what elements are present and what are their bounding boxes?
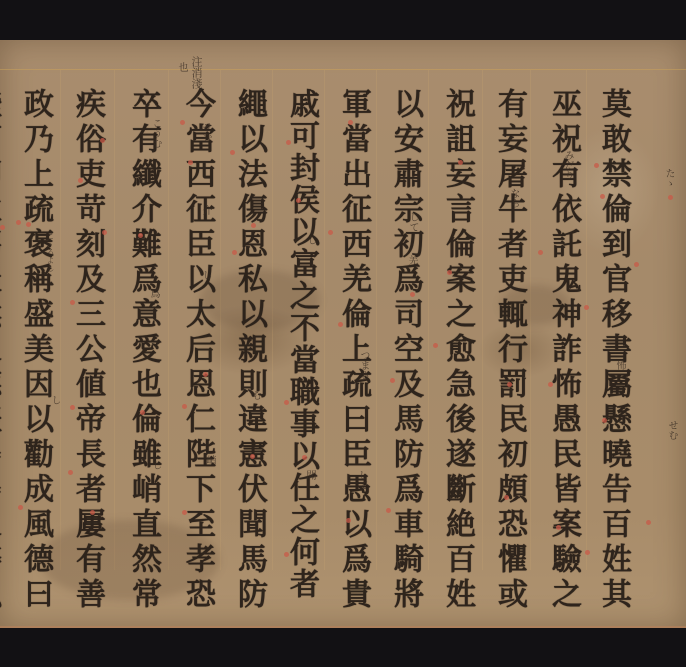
red-punctuation-dot	[594, 163, 599, 168]
gloss: 峭	[204, 455, 214, 465]
red-punctuation-dot	[18, 505, 23, 510]
gloss: し	[49, 395, 59, 405]
red-punctuation-dot	[338, 322, 343, 327]
red-punctuation-dot	[16, 220, 21, 225]
red-punctuation-dot	[102, 230, 107, 235]
red-punctuation-dot	[390, 378, 395, 383]
column-rule	[428, 70, 429, 570]
column-rule	[586, 70, 587, 570]
gloss: せむ	[200, 122, 210, 142]
red-punctuation-dot	[634, 262, 639, 267]
text-column-1: 莫敢禁倫到官移書屬懸曉告百姓其	[598, 88, 628, 613]
top-note-mark: 也	[176, 62, 186, 72]
scan-frame: 注消淺 也 莫敢禁倫到官移書屬懸曉告百姓其 巫祝有依託鬼神詐怖愚民皆案驗之 有妄…	[0, 0, 686, 667]
top-note: 注消淺	[191, 56, 202, 89]
gloss: む	[250, 390, 260, 400]
column-rule	[482, 70, 483, 570]
red-punctuation-dot	[138, 233, 143, 238]
red-punctuation-dot	[188, 160, 193, 165]
text-column-12: 政乃上疏褒稱盛美因以勸成風德曰	[20, 88, 50, 613]
gloss: たゝ	[663, 168, 673, 188]
red-punctuation-dot	[302, 455, 307, 460]
red-punctuation-dot	[584, 305, 589, 310]
red-punctuation-dot	[447, 270, 452, 275]
red-punctuation-dot	[286, 140, 291, 145]
column-rule	[168, 70, 169, 570]
red-punctuation-dot	[538, 250, 543, 255]
text-column-4: 祝詛妄言倫案之愈急後遂斷絶百姓	[442, 88, 472, 613]
red-punctuation-dot	[90, 510, 95, 515]
red-punctuation-dot	[180, 120, 185, 125]
column-rule	[114, 70, 115, 570]
red-punctuation-dot	[346, 518, 351, 523]
red-punctuation-dot	[507, 382, 512, 387]
red-punctuation-dot	[410, 292, 415, 297]
gloss: し	[150, 460, 160, 470]
gloss: つまさ	[358, 350, 368, 380]
text-column-8: 繩以法傷恩私以親則違憲伏聞馬防	[234, 88, 264, 613]
red-punctuation-dot	[556, 525, 561, 530]
gloss: し	[200, 270, 210, 280]
column-rule	[376, 70, 377, 570]
text-column-10: 卒有纖介難爲意愛也倫雖峭直然常	[128, 88, 158, 613]
gloss: 爲	[148, 288, 158, 298]
red-punctuation-dot	[386, 508, 391, 513]
top-margin-rule	[0, 69, 686, 70]
gloss: せむ	[666, 420, 676, 440]
red-punctuation-dot	[182, 510, 187, 515]
red-punctuation-dot	[646, 520, 651, 525]
gloss: こゝろよし	[46, 232, 54, 272]
gloss: して	[407, 212, 417, 232]
red-punctuation-dot	[348, 120, 353, 125]
red-punctuation-dot	[203, 372, 208, 377]
red-punctuation-dot	[68, 470, 73, 475]
gloss: なら	[508, 188, 518, 208]
red-punctuation-dot	[251, 223, 256, 228]
red-punctuation-dot	[250, 454, 255, 459]
red-punctuation-dot	[504, 495, 509, 500]
red-punctuation-dot	[600, 194, 605, 199]
red-punctuation-dot	[232, 250, 237, 255]
red-punctuation-dot	[0, 225, 5, 230]
red-punctuation-dot	[548, 382, 553, 387]
red-punctuation-dot	[100, 138, 105, 143]
red-punctuation-dot	[668, 195, 673, 200]
red-punctuation-dot	[284, 552, 289, 557]
red-punctuation-dot	[585, 550, 590, 555]
red-punctuation-dot	[70, 405, 75, 410]
red-punctuation-dot	[433, 343, 438, 348]
column-rule	[324, 70, 325, 570]
red-punctuation-dot	[70, 300, 75, 305]
red-punctuation-dot	[296, 198, 301, 203]
red-punctuation-dot	[140, 410, 145, 415]
text-column-5: 以安肅宗初爲司空及馬防爲車騎將	[390, 88, 420, 613]
gloss: みだり	[562, 150, 572, 180]
gloss: し	[250, 510, 260, 520]
text-column-11: 疾俗吏苛刻及三公値帝長者屢有善	[72, 88, 102, 613]
red-punctuation-dot	[230, 150, 235, 155]
gloss: して	[356, 470, 366, 490]
text-column-3: 有妄屠牛者吏輒行罰民初頗恐懼或	[494, 88, 524, 613]
gloss: し	[305, 235, 315, 245]
text-column-7: 戚可封侯以富之不當職事以任之何者	[286, 88, 316, 600]
red-punctuation-dot	[78, 178, 83, 183]
gloss: 聞	[304, 470, 314, 480]
red-punctuation-dot	[458, 160, 463, 165]
red-punctuation-dot	[182, 404, 187, 409]
red-punctuation-dot	[284, 400, 289, 405]
red-punctuation-dot	[602, 418, 607, 423]
column-rule	[60, 70, 61, 570]
gloss: こうむ	[150, 118, 160, 148]
red-punctuation-dot	[26, 222, 31, 227]
gloss: 羌	[406, 255, 416, 265]
text-column-9: 今當西征臣以太后恩仁陛下至孝恐	[182, 88, 212, 613]
red-punctuation-dot	[328, 230, 333, 235]
gloss: 怖	[614, 360, 624, 370]
gloss: 介	[200, 205, 210, 215]
